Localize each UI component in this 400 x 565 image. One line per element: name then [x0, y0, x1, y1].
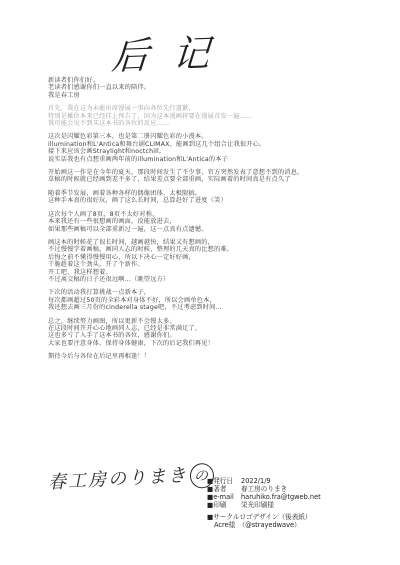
- colophon-value: 春工房のりまき: [241, 485, 287, 493]
- circle-signature: 春工房のりまきの: [47, 460, 214, 497]
- colophon-value: 栄光印刷様: [241, 501, 274, 509]
- colophon-value: 2022/1/9: [241, 477, 271, 485]
- colophon-row-publish-date: ■発行日 2022/1/9: [207, 477, 321, 485]
- colophon-label: ■印刷: [207, 501, 241, 509]
- page-title: 后记: [110, 22, 236, 80]
- colophon-row-printer: ■印刷 栄光印刷様: [207, 501, 321, 509]
- signature-text: 春工房のりまき: [48, 465, 189, 493]
- logo-credit-title: ■サークルロゴデザイン（後表紙）: [207, 513, 321, 521]
- paragraph-production: 开始画这一作是在今年的夏天，那段时间发生了不少事，官方突然发表了意想不到的消息，…: [48, 169, 374, 184]
- afterword-page: 后记 新读者们你们好。 老读者们感谢你们一直以来的陪伴。 我是春工房 首先，我在…: [0, 0, 400, 565]
- paragraph-apology: 首先，我在这为未能出席漫展一事向各位先行道歉， 特别是摊位本来已经挂上预告了，因…: [48, 105, 374, 127]
- paragraph-farewell: 期待今后与各位在后记里再相逢！！: [48, 353, 374, 360]
- colophon-logo-credit: ■サークルロゴデザイン（後表紙） Acre様 （@strayedwave）: [207, 513, 321, 529]
- colophon-row-author: ■著者 春工房のりまき: [207, 485, 321, 493]
- paragraph-season: 随着季节发展，画着各种各样的偶像团体，太极限搞， 这种手本真的很好玩，画了这么长…: [48, 190, 374, 205]
- paragraph-greeting: 新读者们你们好。 老读者们感谢你们一直以来的陪伴。 我是春工房: [48, 77, 374, 99]
- colophon-label: ■e-mail: [207, 493, 241, 501]
- logo-credit-name: Acre様 （@strayedwave）: [207, 521, 321, 529]
- paragraph-series-info: 这次是闪耀色彩第三本，也是第二册闪耀色彩的小漫本。 illumination和L…: [48, 133, 374, 163]
- paragraph-thanks: 总之，继续努力画图，所以更新不会慢太多。 在这段时间开开心心地画同人志，已经是非…: [48, 318, 374, 348]
- afterword-body: 新读者们你们好。 老读者们感谢你们一直以来的陪伴。 我是春工房 首先，我在这为未…: [48, 77, 374, 367]
- colophon-value: haruhiko.fra@tgweb.net: [241, 493, 321, 501]
- colophon: ■発行日 2022/1/9 ■著者 春工房のりまき ■e-mail haruhi…: [207, 477, 321, 529]
- paragraph-pages: 这次每个人画了8页，8页不太好对称， 本来我还有一些很想画的画面，没能放进去， …: [48, 211, 374, 233]
- paragraph-next-event: 下次的活动我打算挑战一点新本子， 每次都画超过50页的全彩本对身体不好，所以会画…: [48, 289, 374, 311]
- colophon-row-email: ■e-mail haruhiko.fra@tgweb.net: [207, 493, 321, 501]
- paragraph-reflection: 画这本的时候花了很长时间，越画越快，结果又有想画的， 不过慢慢学着画稿，画同人志…: [48, 239, 374, 283]
- colophon-label: ■著者: [207, 485, 241, 493]
- colophon-label: ■発行日: [207, 477, 241, 485]
